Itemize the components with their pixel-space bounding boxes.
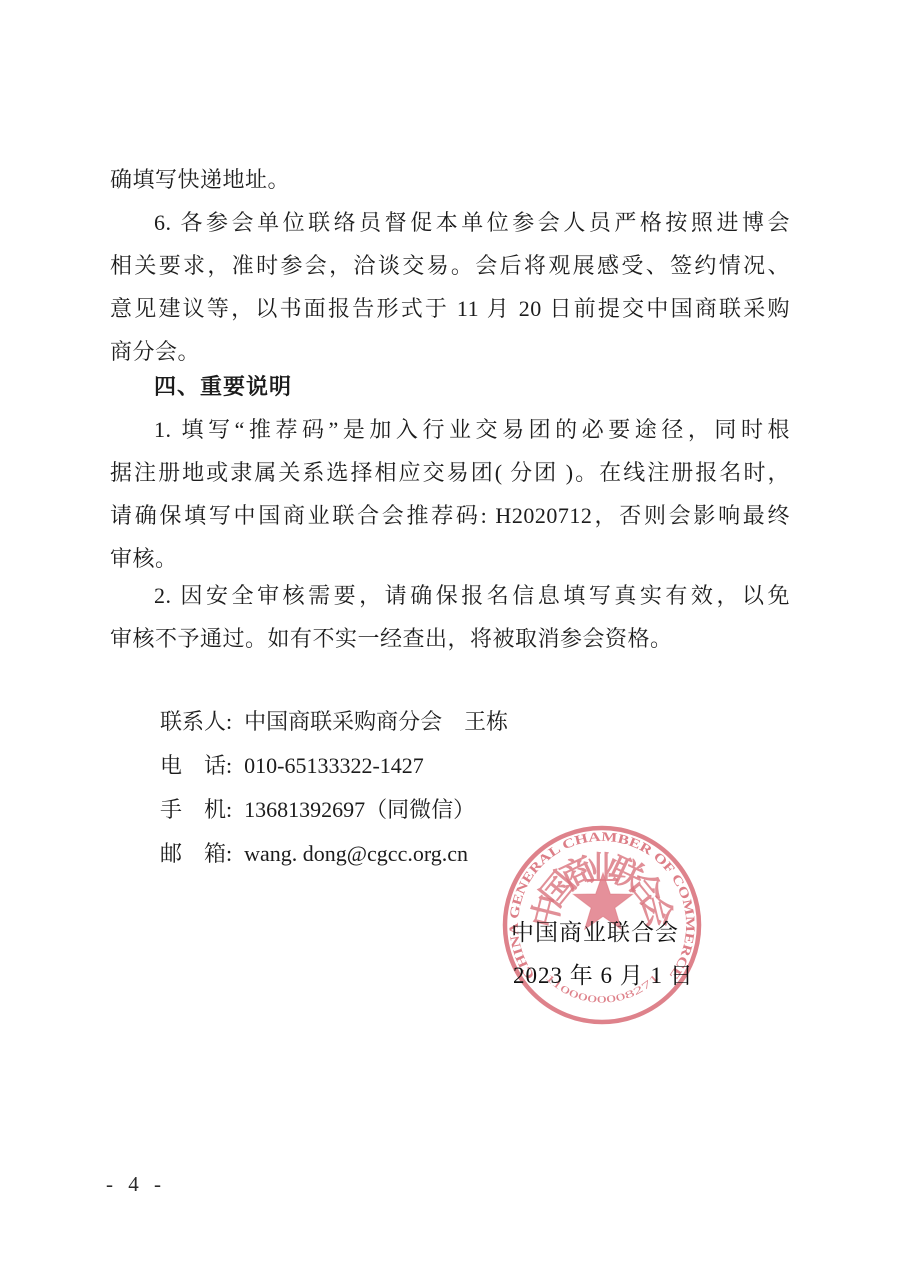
contact-mobile-value: 13681392697（同微信） <box>244 797 475 822</box>
contact-person-label: 联系人: <box>160 700 232 744</box>
contact-email-label: 邮 箱: <box>160 832 232 876</box>
paragraph-item6: 确填写快递地址。 6. 各参会单位联络员督促本单位参会人员严格按照进博会 相关要… <box>110 158 790 373</box>
note1-line-0: 1. 填写“推荐码”是加入行业交易团的必要途径，同时根 <box>110 408 790 451</box>
note1-line-1: 据注册地或隶属关系选择相应交易团( 分团 )。在线注册报名时， <box>110 451 790 494</box>
document-page: 确填写快递地址。 6. 各参会单位联络员督促本单位参会人员严格按照进博会 相关要… <box>0 0 900 1271</box>
signature-date: 2023 年 6 月 1 日 <box>513 962 694 989</box>
item6-line-0: 确填写快递地址。 <box>110 158 790 201</box>
contact-phone-value: 010-65133322-1427 <box>244 753 424 778</box>
contact-person-row: 联系人:中国商联采购商分会 王栋 <box>160 700 790 744</box>
signature-org: 中国商业联合会 <box>511 919 679 946</box>
note1-line-2: 请确保填写中国商业联合会推荐码: H2020712，否则会影响最终 <box>110 494 790 537</box>
item6-line-3: 意见建议等，以书面报告形式于 11 月 20 日前提交中国商联采购 <box>110 287 790 330</box>
contact-phone-label: 电 话: <box>160 744 232 788</box>
contact-person-value: 中国商联采购商分会 王栋 <box>244 709 508 734</box>
contact-mobile-label: 手 机: <box>160 788 232 832</box>
item6-line-2: 相关要求，准时参会，洽谈交易。会后将观展感受、签约情况、 <box>110 244 790 287</box>
contact-email-value: wang. dong@cgcc.org.cn <box>244 841 468 866</box>
section-heading-important-notes: 四、重要说明 <box>110 365 790 408</box>
section-important-notes: 四、重要说明 1. 填写“推荐码”是加入行业交易团的必要途径，同时根 据注册地或… <box>110 365 790 580</box>
note2-line-1: 审核不予通过。如有不实一经查出，将被取消参会资格。 <box>110 617 790 660</box>
contact-phone-row: 电 话:010-65133322-1427 <box>160 744 790 788</box>
item6-line-1: 6. 各参会单位联络员督促本单位参会人员严格按照进博会 <box>110 201 790 244</box>
paragraph-note2: 2. 因安全审核需要，请确保报名信息填写真实有效，以免 审核不予通过。如有不实一… <box>110 574 790 660</box>
note2-line-0: 2. 因安全审核需要，请确保报名信息填写真实有效，以免 <box>110 574 790 617</box>
page-number: - 4 - <box>106 1172 166 1197</box>
